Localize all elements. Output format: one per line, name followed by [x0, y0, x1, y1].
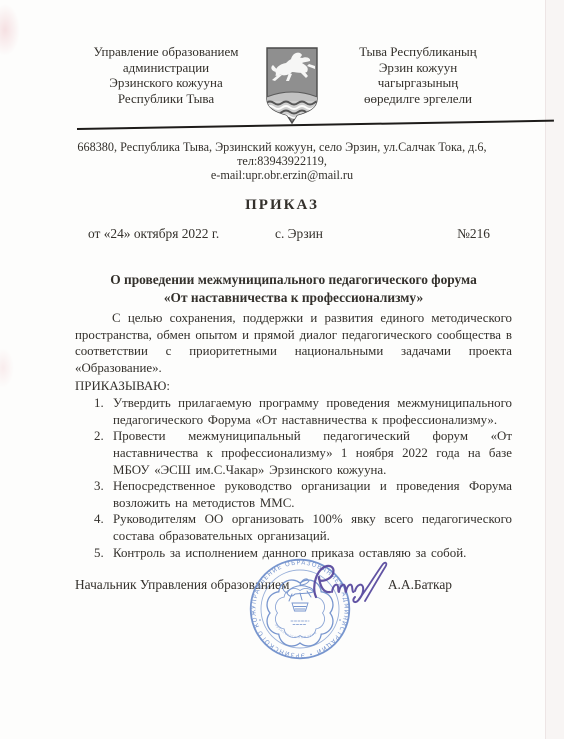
- letterhead-right-line: Эрзин кожуун: [324, 60, 512, 76]
- scan-artifact: [0, 348, 14, 388]
- scan-artifact: [0, 4, 20, 56]
- address-line: 668380, Республика Тыва, Эрзинский кожуу…: [40, 141, 524, 169]
- letterhead: Управление образованием администрации Эр…: [72, 44, 512, 124]
- letterhead-left-block: Управление образованием администрации Эр…: [72, 44, 260, 106]
- scan-edge: [546, 0, 564, 739]
- order-items-list: 1. Утвердить прилагаемую программу прове…: [75, 395, 512, 561]
- letterhead-right-block: Тыва Республиканың Эрзин кожуун чагыргаз…: [324, 44, 512, 106]
- date-field: от «24» октября 2022 г.: [88, 226, 219, 241]
- item-text: Провести межмуниципальный педагогический…: [113, 429, 512, 476]
- order-item: 2. Провести межмуниципальный педагогичес…: [75, 428, 512, 478]
- item-text: Утвердить прилагаемую программу проведен…: [113, 396, 512, 427]
- place-field: с. Эрзин: [275, 226, 323, 242]
- item-number: 1.: [94, 395, 104, 412]
- letterhead-left-line: Эрзинского кожууна: [72, 75, 260, 91]
- order-item: 4. Руководителям ОО организовать 100% яв…: [75, 511, 512, 544]
- stamp-inner-text: Эрзинского кожууна: [274, 623, 318, 640]
- item-text: Руководителям ОО организовать 100% явку …: [113, 512, 512, 543]
- document-body: О проведении межмуниципального педагогич…: [75, 271, 512, 561]
- item-number: 2.: [94, 428, 104, 445]
- letterhead-left-line: администрации: [72, 60, 260, 76]
- signature-handwriting-icon: [302, 556, 402, 606]
- document-page: Управление образованием администрации Эр…: [0, 0, 564, 739]
- preamble-paragraph: С целью сохранения, поддержки и развития…: [75, 310, 512, 376]
- letterhead-right-line: Тыва Республиканың: [324, 44, 512, 60]
- date-row: от «24» октября 2022 г. с. Эрзин №216: [88, 226, 490, 244]
- doc-title: О проведении межмуниципального педагогич…: [75, 271, 512, 306]
- address-block: 668380, Республика Тыва, Эрзинский кожуу…: [40, 141, 524, 182]
- letterhead-left-line: Управление образованием: [72, 44, 260, 60]
- doc-title-line: О проведении межмуниципального педагогич…: [75, 271, 512, 289]
- number-field: №216: [457, 226, 490, 242]
- order-item: 3. Непосредственное руководство организа…: [75, 478, 512, 511]
- order-item: 1. Утвердить прилагаемую программу прове…: [75, 395, 512, 428]
- item-number: 3.: [94, 478, 104, 495]
- scan-edge-line: [545, 0, 546, 739]
- doc-title-line: «От наставничества к профессионализму»: [75, 289, 512, 307]
- letterhead-right-line: чагыргазының: [324, 75, 512, 91]
- letterhead-left-line: Республики Тыва: [72, 91, 260, 107]
- doc-type-heading: ПРИКАЗ: [0, 197, 564, 214]
- address-email-line: e-mail:upr.obr.erzin@mail.ru: [40, 169, 524, 183]
- coat-of-arms-icon: [266, 46, 318, 124]
- svg-text:Эрзинского кожууна: Эрзинского кожууна: [274, 623, 318, 640]
- item-number: 5.: [94, 545, 104, 562]
- letterhead-right-line: өөредилге эргелели: [324, 91, 512, 107]
- item-number: 4.: [94, 511, 104, 528]
- item-text: Непосредственное руководство организации…: [113, 479, 512, 510]
- order-word: ПРИКАЗЫВАЮ:: [75, 378, 512, 395]
